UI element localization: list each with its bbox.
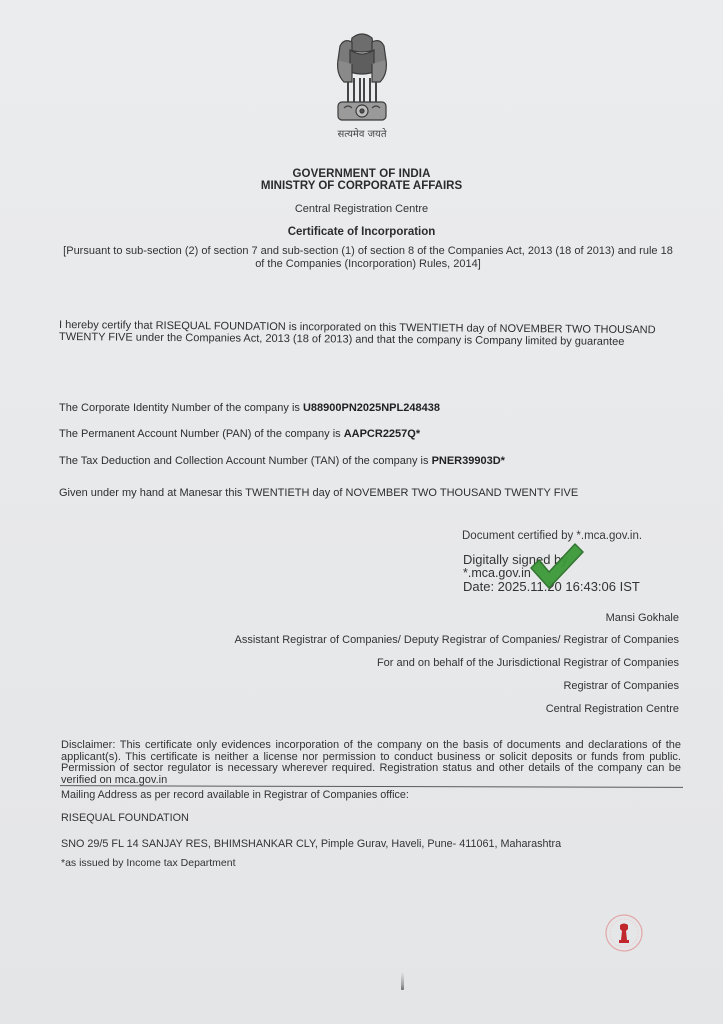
pursuant-clause: [Pursuant to sub-section (2) of section … xyxy=(58,245,678,271)
tan-value: PNER39903D* xyxy=(432,455,505,467)
pan-row: The Permanent Account Number (PAN) of th… xyxy=(59,428,420,440)
certificate-page: सत्यमेव जयते GOVERNMENT OF INDIA MINISTR… xyxy=(0,0,723,1024)
mca-seal-icon xyxy=(604,913,644,953)
signatory-name: Mansi Gokhale xyxy=(606,612,679,624)
header-government: GOVERNMENT OF INDIA xyxy=(0,168,723,180)
disclaimer: Disclaimer: This certificate only eviden… xyxy=(61,740,681,786)
signatory-office: Registrar of Companies xyxy=(563,680,679,692)
state-emblem-icon xyxy=(330,28,394,138)
signatory-behalf: For and on behalf of the Jurisdictional … xyxy=(377,657,679,669)
footnote: *as issued by Income tax Department xyxy=(61,857,236,869)
emblem-motto: सत्यमेव जयते xyxy=(320,126,404,140)
signatory-role: Assistant Registrar of Companies/ Deputy… xyxy=(235,634,679,646)
header-ministry: MINISTRY OF CORPORATE AFFAIRS xyxy=(0,180,723,192)
cin-row: The Corporate Identity Number of the com… xyxy=(59,402,440,414)
cin-label: The Corporate Identity Number of the com… xyxy=(59,402,303,414)
cin-value: U88900PN2025NPL248438 xyxy=(303,402,440,414)
tan-label: The Tax Deduction and Collection Account… xyxy=(59,455,432,467)
mailing-company: RISEQUAL FOUNDATION xyxy=(61,812,189,824)
mailing-address: SNO 29/5 FL 14 SANJAY RES, BHIMSHANKAR C… xyxy=(61,838,561,850)
section-divider xyxy=(60,785,683,788)
signed-by: *.mca.gov.in xyxy=(463,566,531,580)
paper-mark xyxy=(401,972,404,990)
signatory-centre: Central Registration Centre xyxy=(546,703,679,715)
valid-signature-check-icon[interactable] xyxy=(527,540,587,592)
pan-value: AAPCR2257Q* xyxy=(344,428,420,440)
certificate-title: Certificate of Incorporation xyxy=(0,226,723,238)
given-under-hand: Given under my hand at Manesar this TWEN… xyxy=(59,487,578,499)
tan-row: The Tax Deduction and Collection Account… xyxy=(59,455,505,467)
mailing-label: Mailing Address as per record available … xyxy=(61,789,409,801)
pan-label: The Permanent Account Number (PAN) of th… xyxy=(59,428,344,440)
header-centre: Central Registration Centre xyxy=(0,203,723,215)
